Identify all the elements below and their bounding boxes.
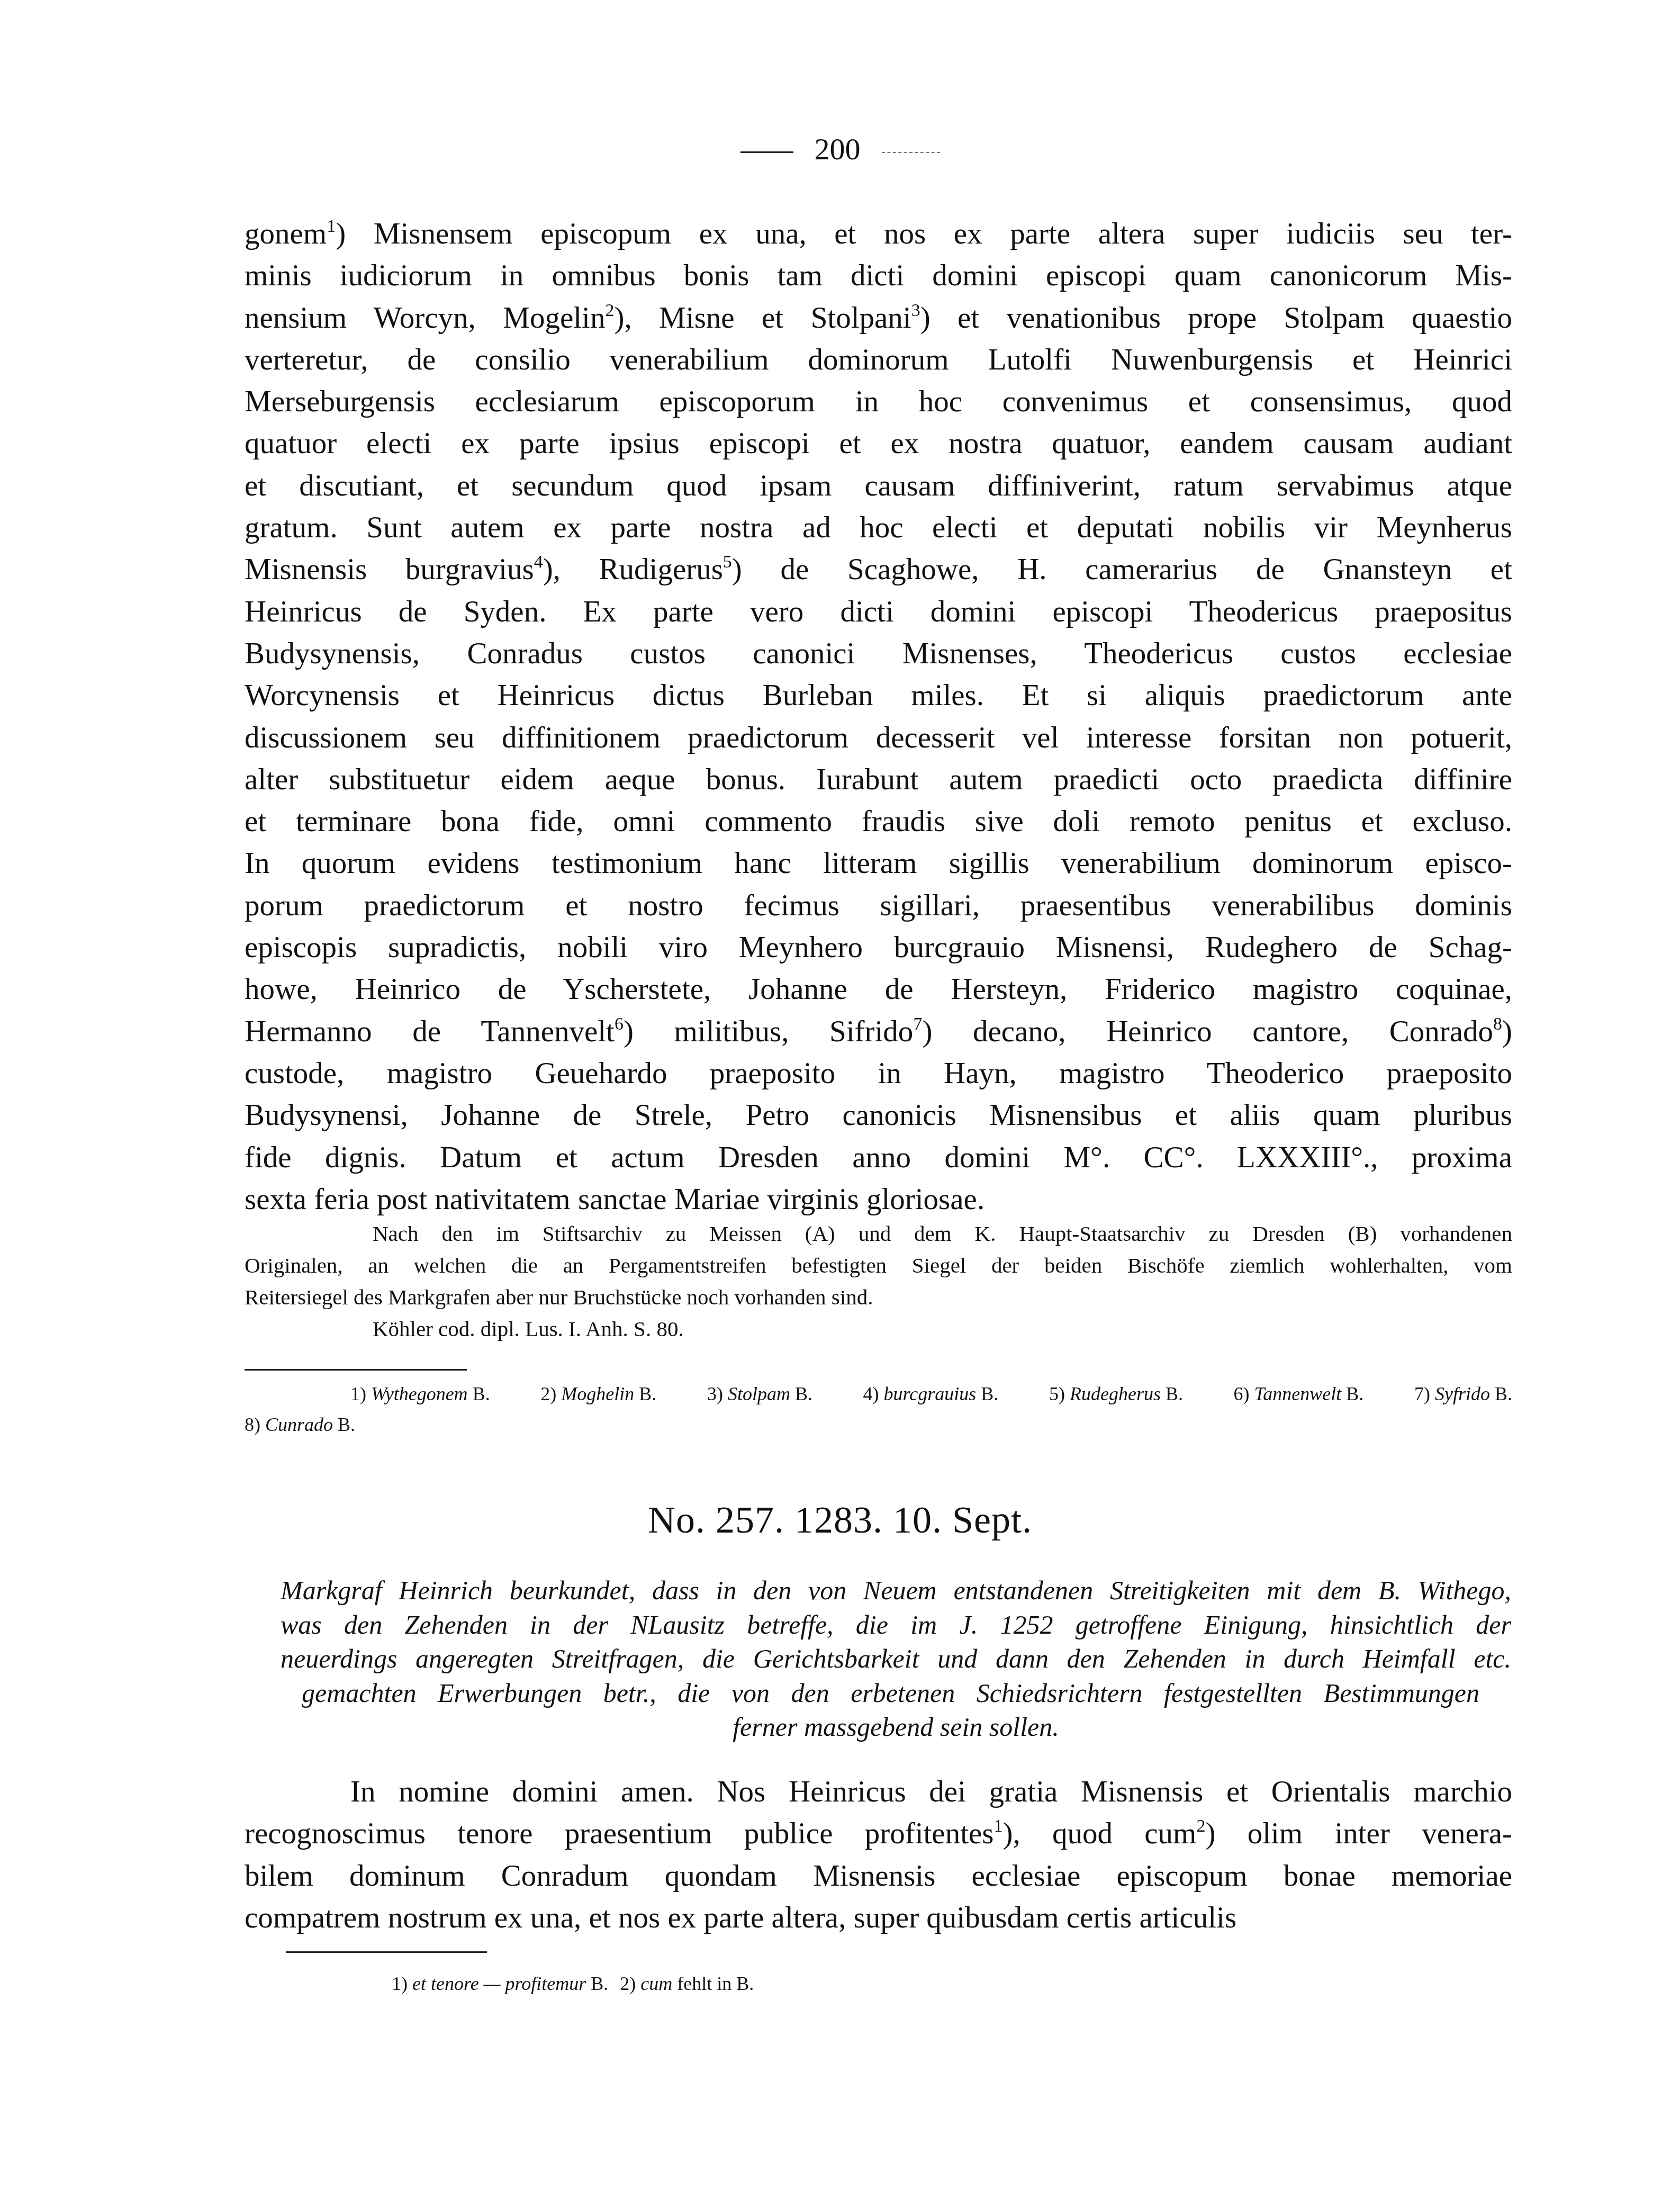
source-note-line: Originalen, an welchen die an Pergaments…	[245, 1249, 1512, 1281]
footnote-source: B.	[1490, 1383, 1512, 1404]
text-run: ), Misne et Stolpani	[614, 301, 911, 335]
footnote-item: 4) burcgrauius B.	[863, 1379, 999, 1409]
text-run: custode, magistro Geuehardo praeposito i…	[245, 1057, 1512, 1090]
footnote-variant: cum	[640, 1973, 672, 1994]
text-run: sexta feria post nativitatem sanctae Mar…	[245, 1183, 984, 1216]
text-line: et discutiant, et secundum quod ipsam ca…	[245, 465, 1512, 507]
text-run: Budysynensi, Johanne de Strele, Petro ca…	[245, 1098, 1512, 1132]
footnote-number: 7)	[1414, 1383, 1435, 1404]
text-run: alter substituetur eidem aeque bonus. Iu…	[245, 763, 1512, 796]
footnote-ref: 8	[1493, 1014, 1502, 1034]
page-number-dash-left	[740, 151, 793, 153]
text-line: bilem dominum Conradum quondam Misnensis…	[245, 1855, 1512, 1897]
text-run: Merseburgensis ecclesiarum episcoporum i…	[245, 385, 1512, 418]
footnote-variant: Stolpam	[728, 1383, 790, 1404]
footnote-number: 1)	[392, 1973, 412, 1994]
footnote-source: B.	[634, 1383, 656, 1404]
text-run: gonem	[245, 217, 327, 250]
footnote-ref: 1	[327, 217, 336, 236]
footnote-separator	[245, 1369, 467, 1371]
text-run: ) et venationibus prope Stolpam quaestio	[920, 301, 1512, 335]
text-run: Worcynensis et Heinricus dictus Burleban…	[245, 679, 1512, 712]
footnote-source: B.	[586, 1973, 608, 1994]
footnote-number: 4)	[863, 1383, 884, 1404]
footnote-number: 6)	[1234, 1383, 1254, 1404]
source-note-line: Reitersiegel des Markgrafen aber nur Bru…	[245, 1281, 1512, 1313]
footnote-variant: Wythegonem	[371, 1383, 468, 1404]
text-run: Hermanno de Tannenvelt	[245, 1015, 615, 1048]
footnotes-256: 1) Wythegonem B.2) Moghelin B.3) Stolpam…	[245, 1379, 1512, 1440]
text-line: Budysynensis, Conradus custos canonici M…	[245, 633, 1512, 674]
text-run: minis iudiciorum in omnibus bonis tam di…	[245, 259, 1512, 292]
footnote-item: 3) Stolpam B.	[707, 1379, 812, 1409]
footnote-source: B.	[790, 1383, 812, 1404]
footnote-source: B.	[333, 1414, 355, 1435]
text-line: episcopis supradictis, nobili viro Meynh…	[245, 926, 1512, 968]
footnote-item: 6) Tannenwelt B.	[1234, 1379, 1364, 1409]
footnote-source: B.	[976, 1383, 998, 1404]
text-line: compatrem nostrum ex una, et nos ex part…	[245, 1897, 1512, 1939]
summary-line: Markgraf Heinrich beurkundet, dass in de…	[281, 1573, 1511, 1608]
charter-256-text: gonem1) Misnensem episcopum ex una, et n…	[245, 213, 1512, 1220]
text-run: In nomine domini amen. Nos Heinricus dei…	[350, 1775, 1512, 1808]
text-line: Hermanno de Tannenvelt6) militibus, Sifr…	[245, 1011, 1512, 1052]
text-line: Merseburgensis ecclesiarum episcoporum i…	[245, 381, 1512, 422]
text-line: Budysynensi, Johanne de Strele, Petro ca…	[245, 1094, 1512, 1136]
footnote-ref: 2	[1196, 1816, 1205, 1836]
text-line: recognoscimus tenore praesentium publice…	[245, 1813, 1512, 1854]
text-line: gonem1) Misnensem episcopum ex una, et n…	[245, 213, 1512, 255]
text-line: Heinricus de Syden. Ex parte vero dicti …	[245, 591, 1512, 633]
footnote-item: 2) Moghelin B.	[540, 1379, 656, 1409]
text-line: nensium Worcyn, Mogelin2), Misne et Stol…	[245, 297, 1512, 339]
footnote-line: 1) et tenore — profitemur B.2) cum fehlt…	[286, 1968, 1553, 1999]
footnote-number: 1)	[350, 1383, 371, 1404]
footnote-ref: 3	[911, 301, 920, 320]
footnote-ref: 2	[605, 301, 614, 320]
footnote-ref: 5	[723, 552, 732, 572]
source-note-line: Nach den im Stiftsarchiv zu Meissen (A) …	[245, 1218, 1512, 1249]
text-line: custode, magistro Geuehardo praeposito i…	[245, 1052, 1512, 1094]
footnote-number: 3)	[707, 1383, 728, 1404]
footnote-item: 7) Syfrido B.	[1414, 1379, 1512, 1409]
footnote-variant: Syfrido	[1435, 1383, 1490, 1404]
summary-line: was den Zehenden in der NLausitz betreff…	[281, 1608, 1511, 1642]
footnote-item: 1) Wythegonem B.	[350, 1379, 490, 1409]
footnote-variant: Tannenwelt	[1254, 1383, 1342, 1404]
text-run: Misnensis burgravius	[245, 553, 534, 586]
summary-line: neuerdings angeregten Streitfragen, die …	[281, 1642, 1511, 1676]
text-line: sexta feria post nativitatem sanctae Mar…	[245, 1178, 1512, 1220]
footnote-line: 8) Cunrado B.	[245, 1409, 1512, 1440]
text-run: discussionem seu diffinitionem praedicto…	[245, 721, 1512, 754]
footnote-ref: 6	[615, 1014, 624, 1034]
text-run: Heinricus de Syden. Ex parte vero dicti …	[245, 595, 1512, 628]
text-line: Worcynensis et Heinricus dictus Burleban…	[245, 674, 1512, 716]
text-run: verteretur, de consilio venerabilium dom…	[245, 343, 1512, 376]
footnote-variant: Moghelin	[561, 1383, 634, 1404]
text-line: howe, Heinrico de Yscherstete, Johanne d…	[245, 968, 1512, 1010]
text-run: ), quod cum	[1002, 1817, 1196, 1850]
text-line: gratum. Sunt autem ex parte nostra ad ho…	[245, 507, 1512, 548]
page-number-text: 200	[815, 132, 861, 166]
footnotes-257: 1) et tenore — profitemur B.2) cum fehlt…	[286, 1968, 1553, 1999]
footnote-number: 2)	[620, 1973, 640, 1994]
text-run: bilem dominum Conradum quondam Misnensis…	[245, 1859, 1512, 1893]
page-number-dash-right	[882, 152, 940, 153]
text-run: porum praedictorum et nostro fecimus sig…	[245, 889, 1512, 922]
text-line: porum praedictorum et nostro fecimus sig…	[245, 885, 1512, 926]
text-run: compatrem nostrum ex una, et nos ex part…	[245, 1901, 1236, 1934]
text-run: episcopis supradictis, nobili viro Meynh…	[245, 931, 1512, 964]
text-run: ) de Scaghowe, H. camerarius de Gnanstey…	[732, 553, 1512, 586]
text-run: ) olim inter venera-	[1205, 1817, 1512, 1850]
summary-line: ferner massgebend sein sollen.	[281, 1710, 1511, 1744]
charter-257-heading: No. 257. 1283. 10. Sept.	[0, 1498, 1680, 1542]
text-line: minis iudiciorum in omnibus bonis tam di…	[245, 255, 1512, 296]
charter-257-text: In nomine domini amen. Nos Heinricus dei…	[245, 1771, 1512, 1939]
footnote-number: 2)	[540, 1383, 561, 1404]
source-note: Nach den im Stiftsarchiv zu Meissen (A) …	[245, 1218, 1512, 1345]
text-line: quatuor electi ex parte ipsius episcopi …	[245, 422, 1512, 464]
footnote-variant: burcgrauius	[884, 1383, 977, 1404]
footnote-item: 8) Cunrado B.	[245, 1414, 355, 1435]
footnote-item: 1) et tenore — profitemur B.	[392, 1973, 608, 1994]
text-run: )	[1502, 1015, 1512, 1048]
text-line: In quorum evidens testimonium hanc litte…	[245, 842, 1512, 884]
source-citation: Köhler cod. dipl. Lus. I. Anh. S. 80.	[245, 1313, 1512, 1345]
text-run: recognoscimus tenore praesentium publice…	[245, 1817, 993, 1850]
footnote-ref: 1	[993, 1816, 1002, 1836]
text-line: discussionem seu diffinitionem praedicto…	[245, 717, 1512, 759]
footnote-variant: Cunrado	[265, 1414, 333, 1435]
footnote-separator-257	[286, 1951, 487, 1953]
footnote-line: 1) Wythegonem B.2) Moghelin B.3) Stolpam…	[245, 1379, 1512, 1409]
text-run: gratum. Sunt autem ex parte nostra ad ho…	[245, 511, 1512, 544]
charter-257-summary: Markgraf Heinrich beurkundet, dass in de…	[281, 1573, 1511, 1744]
text-run: nensium Worcyn, Mogelin	[245, 301, 605, 335]
text-run: et discutiant, et secundum quod ipsam ca…	[245, 469, 1512, 502]
text-run: In quorum evidens testimonium hanc litte…	[245, 846, 1512, 880]
text-run: ), Rudigerus	[543, 553, 723, 586]
text-line: alter substituetur eidem aeque bonus. Iu…	[245, 759, 1512, 800]
footnote-source: fehlt in B.	[672, 1973, 754, 1994]
text-line: verteretur, de consilio venerabilium dom…	[245, 339, 1512, 381]
text-run: ) militibus, Sifrido	[624, 1015, 913, 1048]
footnote-ref: 7	[913, 1014, 922, 1034]
footnote-source: B.	[1161, 1383, 1183, 1404]
text-run: ) Misnensem episcopum ex una, et nos ex …	[336, 217, 1512, 250]
text-run: et terminare bona fide, omni commento fr…	[245, 805, 1512, 838]
footnote-source: B.	[468, 1383, 490, 1404]
text-line: In nomine domini amen. Nos Heinricus dei…	[245, 1771, 1512, 1813]
page-number: 200	[0, 131, 1680, 167]
text-line: fide dignis. Datum et actum Dresden anno…	[245, 1137, 1512, 1178]
text-run: fide dignis. Datum et actum Dresden anno…	[245, 1141, 1512, 1174]
text-run: ) decano, Heinrico cantore, Conrado	[922, 1015, 1493, 1048]
text-run: howe, Heinrico de Yscherstete, Johanne d…	[245, 972, 1512, 1006]
footnote-ref: 4	[534, 552, 543, 572]
footnote-item: 5) Rudegherus B.	[1049, 1379, 1183, 1409]
summary-line: gemachten Erwerbungen betr., die von den…	[281, 1676, 1511, 1710]
text-line: et terminare bona fide, omni commento fr…	[245, 800, 1512, 842]
text-run: Budysynensis, Conradus custos canonici M…	[245, 637, 1512, 670]
text-run: quatuor electi ex parte ipsius episcopi …	[245, 427, 1512, 460]
text-line: Misnensis burgravius4), Rudigerus5) de S…	[245, 548, 1512, 590]
footnote-number: 5)	[1049, 1383, 1070, 1404]
footnote-number: 8)	[245, 1414, 265, 1435]
footnote-source: B.	[1341, 1383, 1363, 1404]
footnote-item: 2) cum fehlt in B.	[620, 1973, 754, 1994]
footnote-variant: Rudegherus	[1070, 1383, 1161, 1404]
footnote-variant: et tenore — profitemur	[412, 1973, 586, 1994]
